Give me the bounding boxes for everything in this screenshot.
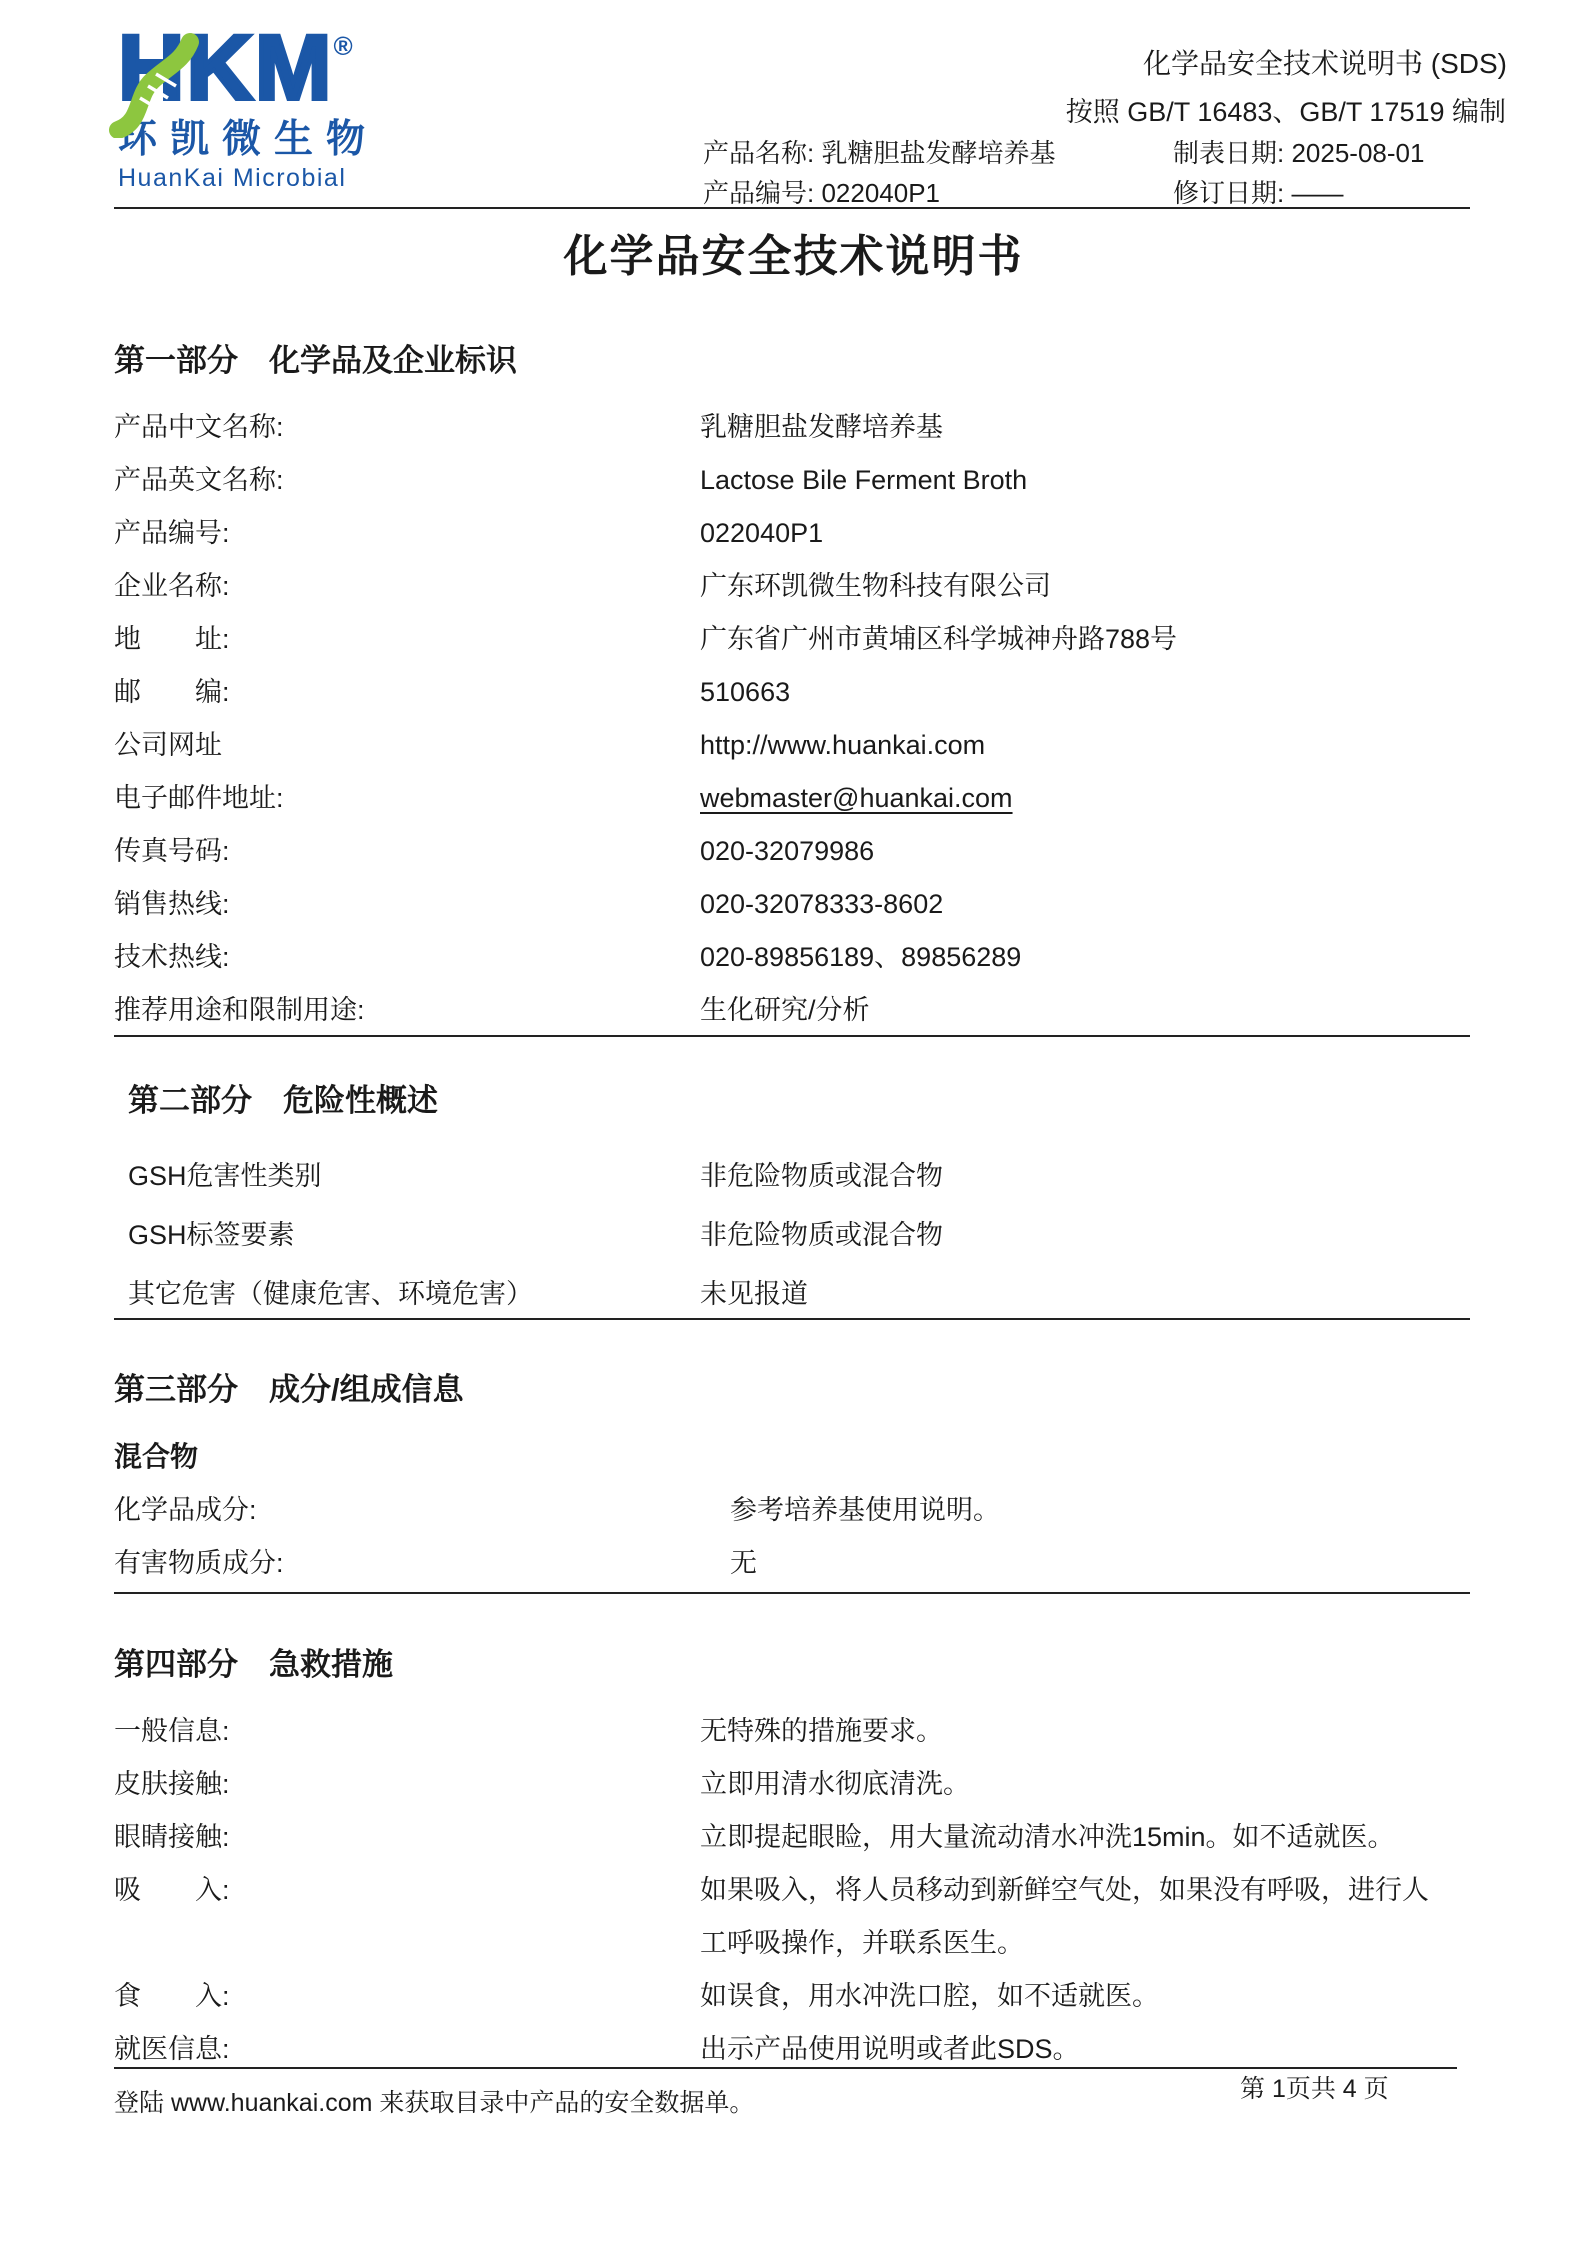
field-label: GSH标签要素 xyxy=(128,1206,700,1265)
dna-ribbon-icon xyxy=(104,22,208,138)
field-row: 皮肤接触:立即用清水彻底清洗。 xyxy=(114,1758,1490,1811)
section-identification: 第一部分 化学品及企业标识 产品中文名称:乳糖胆盐发酵培养基 产品英文名称:La… xyxy=(114,341,1490,1037)
email-link[interactable]: webmaster@huankai.com xyxy=(700,772,1490,825)
logo-hkm-text: HKM® xyxy=(118,26,418,111)
registered-mark: ® xyxy=(334,31,353,61)
page-title: 化学品安全技术说明书 xyxy=(0,220,1587,284)
logo-en-name: HuanKai Microbial xyxy=(118,166,418,191)
website-url: http://www.huankai.com xyxy=(700,719,1490,772)
section-heading: 第二部分 危险性概述 xyxy=(128,1081,1490,1121)
field-value: 未见报道 xyxy=(700,1265,1490,1324)
field-value: 生化研究/分析 xyxy=(700,984,1490,1037)
field-row: 产品英文名称:Lactose Bile Ferment Broth xyxy=(114,454,1490,507)
header-product-code: 产品编号: 022040P1 xyxy=(703,173,940,210)
field-label: 有害物质成分: xyxy=(114,1537,730,1590)
section-hazards: 第二部分 危险性概述 GSH危害性类别非危险物质或混合物 GSH标签要素非危险物… xyxy=(114,1081,1490,1324)
field-label: 食 入: xyxy=(114,1970,700,2023)
field-label: 销售热线: xyxy=(114,878,700,931)
field-value: 022040P1 xyxy=(700,507,1490,560)
field-label: 推荐用途和限制用途: xyxy=(114,984,700,1037)
field-label: 吸 入: xyxy=(114,1864,700,1917)
field-row: 吸 入:如果吸入，将人员移动到新鲜空气处，如果没有呼吸，进行人工呼吸操作，并联系… xyxy=(114,1864,1490,1970)
field-label: 邮 编: xyxy=(114,666,700,719)
subsection-heading: 混合物 xyxy=(114,1430,1490,1484)
field-row: 产品编号:022040P1 xyxy=(114,507,1490,560)
field-value: 510663 xyxy=(700,666,1490,719)
field-label: 技术热线: xyxy=(114,931,700,984)
field-row: 邮 编:510663 xyxy=(114,666,1490,719)
field-label: 地 址: xyxy=(114,613,700,666)
footer-note: 登陆 www.huankai.com 来获取目录中产品的安全数据单。 xyxy=(114,2083,754,2119)
field-row: 一般信息:无特殊的措施要求。 xyxy=(114,1705,1490,1758)
field-row: 地 址:广东省广州市黄埔区科学城神舟路788号 xyxy=(114,613,1490,666)
field-row: 企业名称:广东环凯微生物科技有限公司 xyxy=(114,560,1490,613)
field-label: 产品中文名称: xyxy=(114,401,700,454)
field-label: 化学品成分: xyxy=(114,1484,730,1537)
header-divider xyxy=(114,207,1470,209)
section-heading: 第四部分 急救措施 xyxy=(114,1645,1490,1685)
field-row: 技术热线:020-89856189、89856289 xyxy=(114,931,1490,984)
field-value: 乳糖胆盐发酵培养基 xyxy=(700,401,1490,454)
page-number: 第 1页共 4 页 xyxy=(1240,2069,1389,2105)
field-label: 其它危害（健康危害、环境危害） xyxy=(128,1265,700,1324)
section-heading: 第一部分 化学品及企业标识 xyxy=(114,341,1490,381)
section-divider xyxy=(114,1592,1470,1594)
field-value: 参考培养基使用说明。 xyxy=(730,1484,1490,1537)
header-created-date: 制表日期: 2025-08-01 xyxy=(1173,133,1424,170)
field-value: 广东省广州市黄埔区科学城神舟路788号 xyxy=(700,613,1490,666)
field-value: 020-32079986 xyxy=(700,825,1490,878)
field-row: GSH标签要素非危险物质或混合物 xyxy=(128,1206,1490,1265)
field-row: 公司网址http://www.huankai.com xyxy=(114,719,1490,772)
section-heading: 第三部分 成分/组成信息 xyxy=(114,1370,1490,1410)
field-row: 食 入:如误食，用水冲洗口腔，如不适就医。 xyxy=(114,1970,1490,2023)
field-label: 公司网址 xyxy=(114,719,700,772)
field-value: Lactose Bile Ferment Broth xyxy=(700,454,1490,507)
field-value: 无 xyxy=(730,1537,1490,1590)
field-row: 电子邮件地址:webmaster@huankai.com xyxy=(114,772,1490,825)
field-value: 无特殊的措施要求。 xyxy=(700,1705,1445,1758)
field-row: 传真号码:020-32079986 xyxy=(114,825,1490,878)
field-value: 020-32078333-8602 xyxy=(700,878,1490,931)
field-value: 020-89856189、89856289 xyxy=(700,931,1490,984)
field-value: 非危险物质或混合物 xyxy=(700,1206,1490,1265)
field-label: 皮肤接触: xyxy=(114,1758,700,1811)
field-row: 其它危害（健康危害、环境危害）未见报道 xyxy=(128,1265,1490,1324)
field-value: 如误食，用水冲洗口腔，如不适就医。 xyxy=(700,1970,1445,2023)
section-divider xyxy=(114,1035,1470,1037)
field-value: 立即用清水彻底清洗。 xyxy=(700,1758,1445,1811)
field-value: 非危险物质或混合物 xyxy=(700,1147,1490,1206)
sds-page: HKM® 环凯微生物 HuanKai Microbial 化学品安全技术说明书 … xyxy=(0,0,1587,2245)
field-value: 广东环凯微生物科技有限公司 xyxy=(700,560,1490,613)
field-row: 眼睛接触:立即提起眼睑，用大量流动清水冲洗15min。如不适就医。 xyxy=(114,1811,1490,1864)
header-revision-date: 修订日期: —— xyxy=(1173,173,1343,210)
field-row: 有害物质成分:无 xyxy=(114,1537,1490,1590)
field-label: 产品英文名称: xyxy=(114,454,700,507)
section-divider xyxy=(114,1318,1470,1320)
field-label: 一般信息: xyxy=(114,1705,700,1758)
header-standard: 按照 GB/T 16483、GB/T 17519 编制 xyxy=(1066,90,1506,129)
field-row: 销售热线:020-32078333-8602 xyxy=(114,878,1490,931)
field-label: 眼睛接触: xyxy=(114,1811,700,1864)
header-product-name: 产品名称: 乳糖胆盐发酵培养基 xyxy=(703,133,1055,170)
header-doc-type: 化学品安全技术说明书 (SDS) xyxy=(1143,42,1507,82)
field-row: 产品中文名称:乳糖胆盐发酵培养基 xyxy=(114,401,1490,454)
field-label: 电子邮件地址: xyxy=(114,772,700,825)
field-label: 产品编号: xyxy=(114,507,700,560)
field-row: GSH危害性类别非危险物质或混合物 xyxy=(128,1147,1490,1206)
field-label: 企业名称: xyxy=(114,560,700,613)
section-composition: 第三部分 成分/组成信息 混合物 化学品成分:参考培养基使用说明。 有害物质成分… xyxy=(114,1370,1490,1590)
field-label: 传真号码: xyxy=(114,825,700,878)
company-logo: HKM® 环凯微生物 HuanKai Microbial xyxy=(118,26,418,191)
section-first-aid: 第四部分 急救措施 一般信息:无特殊的措施要求。 皮肤接触:立即用清水彻底清洗。… xyxy=(114,1645,1490,2076)
field-row: 推荐用途和限制用途:生化研究/分析 xyxy=(114,984,1490,1037)
field-value: 立即提起眼睑，用大量流动清水冲洗15min。如不适就医。 xyxy=(700,1811,1445,1864)
field-value: 如果吸入，将人员移动到新鲜空气处，如果没有呼吸，进行人工呼吸操作，并联系医生。 xyxy=(700,1864,1445,1970)
field-label: GSH危害性类别 xyxy=(128,1147,700,1206)
field-row: 化学品成分:参考培养基使用说明。 xyxy=(114,1484,1490,1537)
